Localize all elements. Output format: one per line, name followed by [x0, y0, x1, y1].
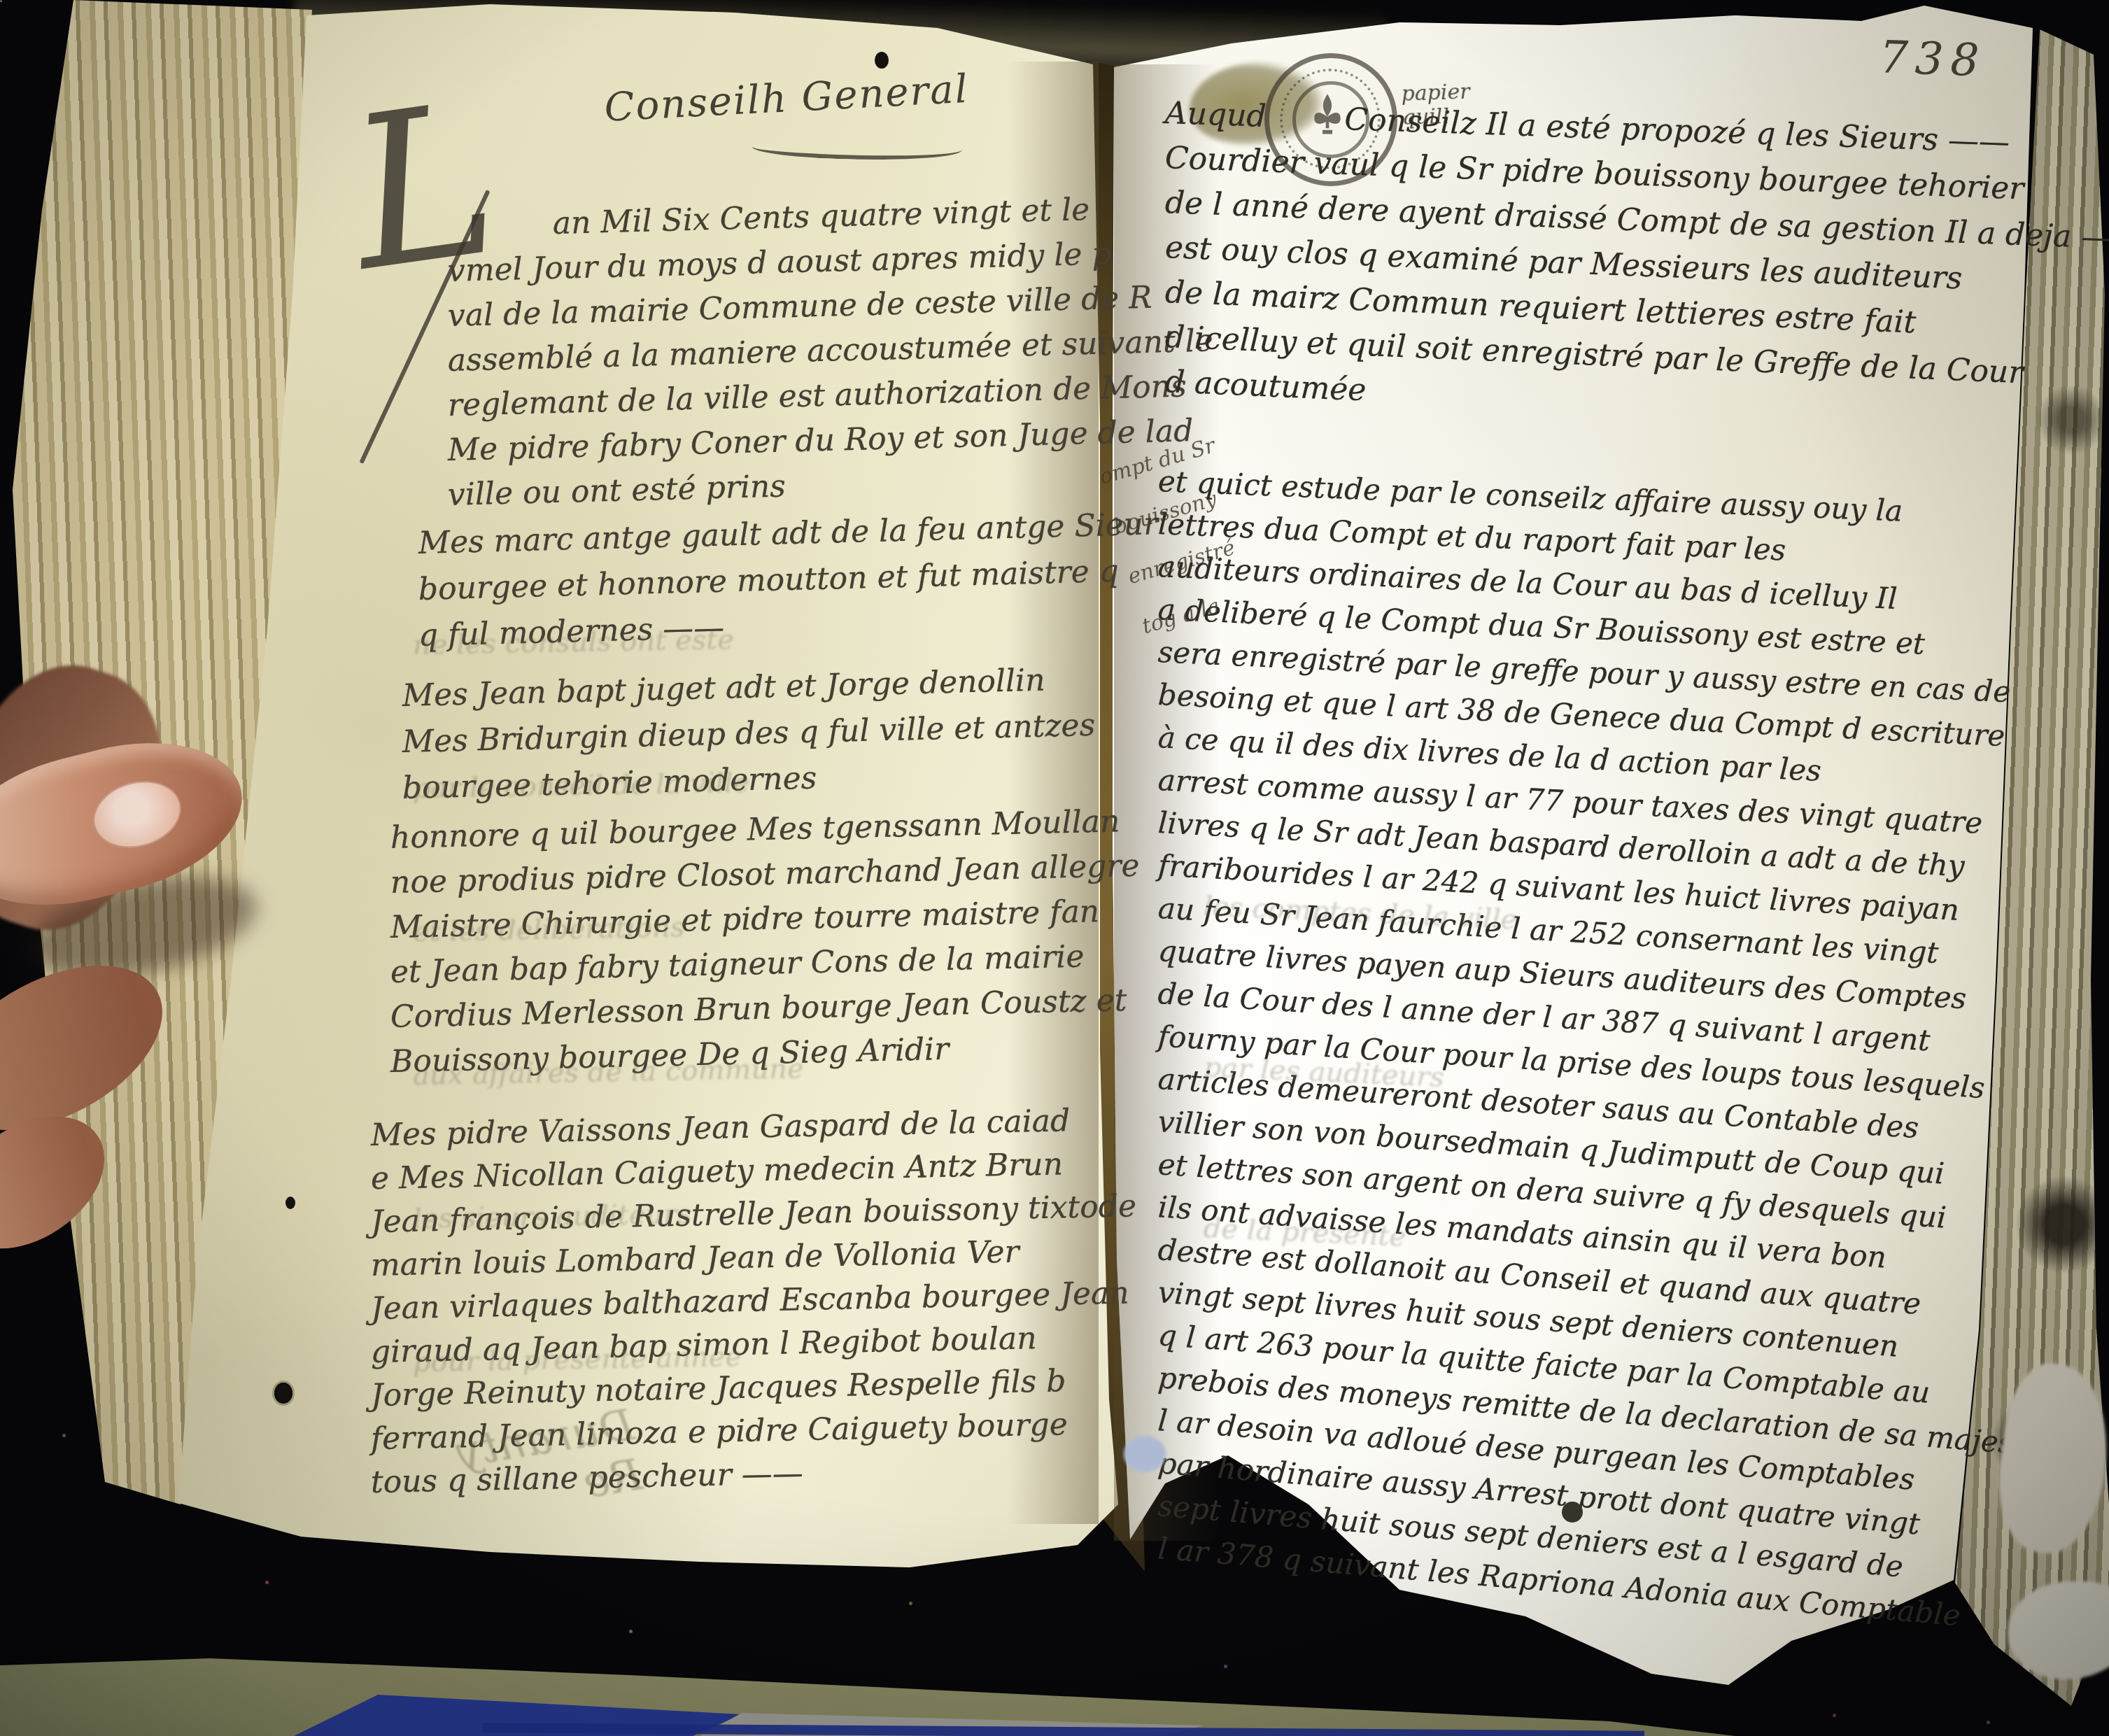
background-speckles — [0, 0, 2, 2]
left-paragraph-1: an Mil Six Cents quatre vingt et levmel … — [448, 204, 1099, 518]
manuscript-line: ne les consuls ont este — [411, 563, 1043, 717]
manuscript-line: de la presente — [1200, 1148, 1836, 1336]
gutter-bottom-spot — [1124, 1436, 1166, 1472]
right-paragraph-1: Auqud Conseilz Il a esté propozé q les S… — [1165, 91, 2019, 404]
page-number: 738 — [1879, 31, 1987, 87]
right-show-through-text: les comptes de la villepar les auditeurs… — [1204, 826, 1833, 1308]
photo-scene: Conseilh General L an Mil Six Cents quat… — [0, 0, 2109, 1736]
manuscript-line: pour la presente annee — [411, 1280, 1043, 1434]
left-show-through-text: ne les consuls ont estepar le conseil de… — [413, 574, 1043, 1434]
manuscript-line: aux affaires de la commune — [411, 993, 1043, 1148]
wormhole-stack — [285, 1197, 295, 1209]
wormhole-left-page — [274, 1383, 292, 1404]
manuscript-line: les sieurs auditeurs — [411, 1136, 1043, 1291]
manuscript-line: par le conseil de la ville — [411, 706, 1043, 861]
wormhole-left-top — [875, 52, 889, 69]
manuscript-line: par les auditeurs — [1200, 987, 1836, 1175]
ink-blot — [1562, 1502, 1583, 1523]
manuscript-line: les comptes de la ville — [1200, 826, 1836, 1014]
manuscript-line: et les deliberations — [411, 849, 1043, 1004]
